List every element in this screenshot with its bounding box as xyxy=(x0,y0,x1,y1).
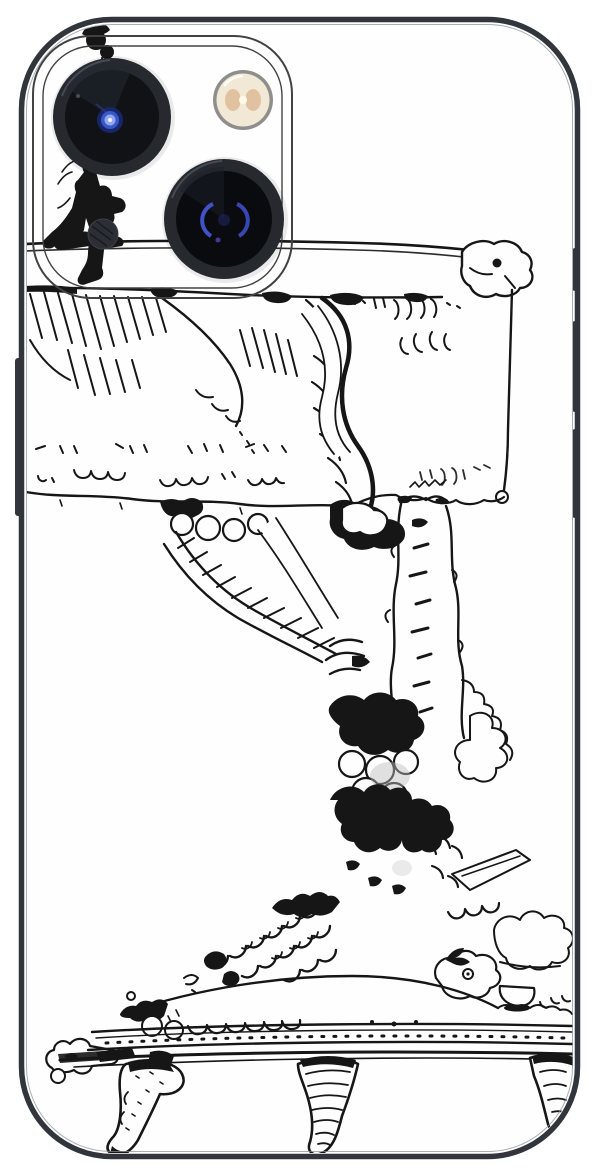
phone-skin-mockup xyxy=(0,0,600,1175)
mic-hole-icon xyxy=(88,219,118,249)
camera-lens-bottom-icon xyxy=(162,157,288,283)
product-photo xyxy=(0,0,600,1175)
flash-icon xyxy=(213,70,273,130)
camera-lens-top-icon xyxy=(51,56,175,180)
